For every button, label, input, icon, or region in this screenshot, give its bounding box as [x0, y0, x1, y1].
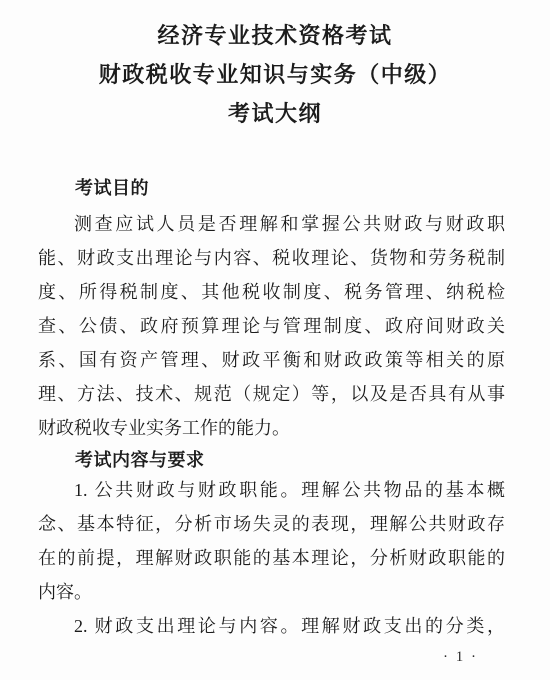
text-line: 财政税收专业实务工作的能力。	[38, 411, 505, 445]
text-line: 测查应试人员是否理解和掌握公共财政与财政职	[38, 207, 505, 241]
section-heading-exam-purpose: 考试目的	[38, 177, 505, 199]
text-line: 2. 财政支出理论与内容。理解财政支出的分类，	[38, 609, 505, 643]
text-line: 内容。	[38, 575, 505, 609]
title-line-3: 考试大纲	[0, 94, 550, 133]
title-line-2: 财政税收专业知识与实务（中级）	[0, 55, 550, 94]
text-line: 查、公债、政府预算理论与管理制度、政府间财政关	[38, 309, 505, 343]
section-heading-exam-content: 考试内容与要求	[38, 449, 505, 471]
title-line-1: 经济专业技术资格考试	[0, 16, 550, 55]
paragraph-item-1: 1. 公共财政与财政职能。理解公共物品的基本概 念、基本特征，分析市场失灵的表现…	[38, 473, 505, 609]
text-line: 理、方法、技术、规范（规定）等，以及是否具有从事	[38, 377, 505, 411]
document-title: 经济专业技术资格考试 财政税收专业知识与实务（中级） 考试大纲	[0, 0, 550, 133]
text-line: 念、基本特征，分析市场失灵的表现，理解公共财政存	[38, 507, 505, 541]
text-line: 系、国有资产管理、财政平衡和财政政策等相关的原	[38, 343, 505, 377]
document-body: 考试目的 测查应试人员是否理解和掌握公共财政与财政职 能、财政支出理论与内容、税…	[0, 177, 550, 643]
page-number: · 1 ·	[0, 649, 550, 665]
text-line: 度、所得税制度、其他税收制度、税务管理、纳税检	[38, 275, 505, 309]
paragraph-item-2: 2. 财政支出理论与内容。理解财政支出的分类，	[38, 609, 505, 643]
document-page: 经济专业技术资格考试 财政税收专业知识与实务（中级） 考试大纲 考试目的 测查应…	[0, 0, 550, 680]
text-line: 1. 公共财政与财政职能。理解公共物品的基本概	[38, 473, 505, 507]
paragraph-exam-purpose: 测查应试人员是否理解和掌握公共财政与财政职 能、财政支出理论与内容、税收理论、货…	[38, 207, 505, 445]
text-line: 在的前提，理解财政职能的基本理论，分析财政职能的	[38, 541, 505, 575]
text-line: 能、财政支出理论与内容、税收理论、货物和劳务税制	[38, 241, 505, 275]
